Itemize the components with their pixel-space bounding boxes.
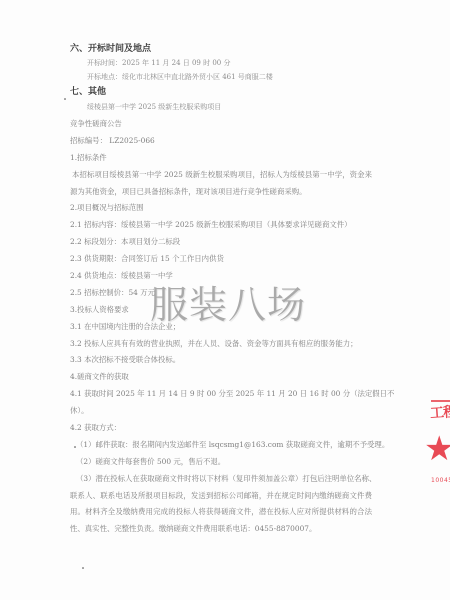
item-4-2: 4.2 获取方式： [70, 420, 372, 437]
paragraph-line: 性、真实性、完整性负责。缴纳磋商文件费用联系电话：0455-8870007。 [70, 521, 372, 538]
scan-speck [82, 567, 84, 569]
item-2-2: 2.2 标段划分：本项目划分二标段 [70, 234, 372, 251]
item-2-1: 2.1 招标内容：绥棱县第一中学 2025 级新生校服采购项目（具体要求详见磋商… [70, 217, 372, 234]
section-1-heading: 1.招标条件 [70, 150, 372, 167]
paragraph-line: 用。材料齐全及缴纳费用完成的投标人将获得磋商文件，潜在投标人应对所提供材料的合法 [70, 504, 372, 521]
item-3-1: 3.1 在中国境内注册的合法企业； [70, 319, 372, 336]
method-2: （2）磋商文件每套售价 500 元，售后不退。 [70, 454, 372, 471]
section-3-heading: 3.投标人资格要求 [70, 302, 372, 319]
item-3-2: 3.2 投标人应具有有效的营业执照，并在人员、设备、资金等方面具有相应的服务能力… [70, 336, 372, 353]
bid-opening-place: 开标地点：绥化市北林区中直北路外贸小区 461 号商服二楼 [87, 72, 273, 82]
section-7-heading: 七、其他 [70, 86, 106, 98]
item-2-3: 2.3 供货期限：合同签订后 15 个工作日内供货 [70, 251, 372, 268]
item-3-3: 3.3 本次招标不接受联合体投标。 [70, 352, 372, 369]
seal-number: 10045 [431, 477, 450, 484]
seal-star-icon: ★ [424, 432, 450, 466]
paragraph-line: 本招标项目绥棱县第一中学 2025 级新生校服采购项目，招标人为绥棱县第一中学，… [70, 167, 372, 184]
item-2-4: 2.4 供货地点：绥棱县第一中学 [70, 268, 372, 285]
section-6-heading: 六、开标时间及地点 [70, 43, 151, 55]
paragraph-line: 休）。 [70, 403, 372, 420]
tender-number: 招标编号： LZ2025-066 [70, 133, 372, 150]
procurement-notice: 竞争性磋商公告 招标编号： LZ2025-066 1.招标条件 本招标项目绥棱县… [70, 116, 372, 538]
method-3: （3）潜在投标人在获取磋商文件时将以下材料（复印件须加盖公章）打包后注明单位名称… [70, 471, 372, 488]
bid-opening-time: 开标时间：2025 年 11 月 24 日 09 时 00 分 [87, 58, 230, 68]
project-name: 绥棱县第一中学 2025 级新生校服采购项目 [87, 102, 221, 112]
scan-speck [64, 98, 66, 100]
seal-text: 工程 [429, 401, 450, 423]
paragraph-line: 源为其他资金，项目已具备招标条件，现对该项目进行竞争性磋商采购。 [70, 184, 372, 201]
notice-title: 竞争性磋商公告 [70, 116, 372, 133]
method-1: （1）邮件获取：报名期间内发送邮件至 lsqcsmg1@163.com 获取磋商… [70, 437, 372, 454]
document-page: 六、开标时间及地点 开标时间：2025 年 11 月 24 日 09 时 00 … [0, 0, 450, 600]
scan-speck [74, 446, 76, 448]
section-2-heading: 2.项目概况与招标范围 [70, 200, 372, 217]
paragraph-line: 联系人、联系电话及所报项目标段，发送到招标公司邮箱，并在规定时间内缴纳磋商文件费 [70, 488, 372, 505]
item-4-1: 4.1 获取时间 2025 年 11 月 14 日 9 时 00 分至 2025… [70, 386, 372, 403]
section-4-heading: 4.磋商文件的获取 [70, 369, 372, 386]
item-2-5: 2.5 招标控制价：54 万元 [70, 285, 372, 302]
